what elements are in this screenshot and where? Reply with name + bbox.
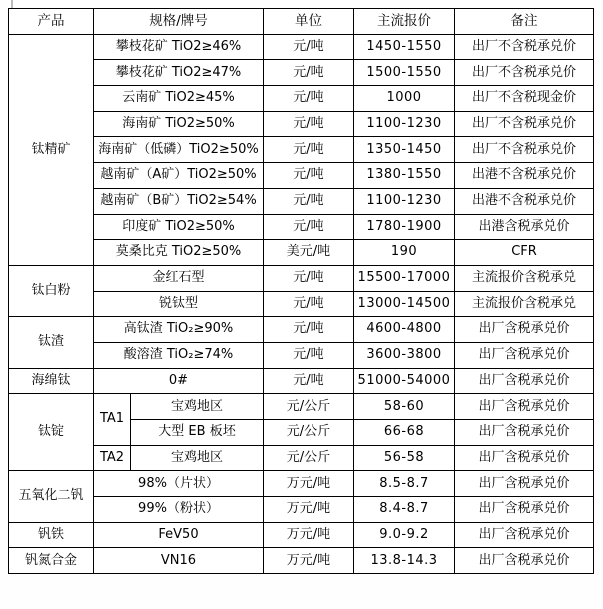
unit-cell: 元/吨 (264, 111, 354, 137)
table-row: 海绵钛 0# 元/吨 51000-54000 出厂含税承兑价 (9, 368, 594, 394)
spec-cell: 0# (94, 368, 264, 394)
header-spec: 规格/牌号 (94, 9, 264, 35)
price-cell: 1450-1550 (354, 34, 455, 60)
price-cell: 15500-17000 (354, 265, 455, 291)
unit-cell: 元/公斤 (264, 445, 354, 471)
remark-cell: 出厂含税承兑价 (455, 548, 594, 574)
price-cell: 13.8-14.3 (354, 548, 455, 574)
spec-cell: VN16 (94, 548, 264, 574)
unit-cell: 元/吨 (264, 342, 354, 368)
unit-cell: 元/吨 (264, 86, 354, 112)
unit-cell: 元/吨 (264, 317, 354, 343)
remark-cell: 出厂含税承兑价 (455, 497, 594, 523)
header-price: 主流报价 (354, 9, 455, 35)
price-cell: 190 (354, 240, 455, 266)
remark-cell: 出厂含税承兑价 (455, 317, 594, 343)
price-cell: 56-58 (354, 445, 455, 471)
spec-cell: 越南矿（B矿）TiO2≥54% (94, 188, 264, 214)
table-row: 锐钛型 元/吨 13000-14500 主流报价含税承兑 (9, 291, 594, 317)
unit-cell: 元/吨 (264, 368, 354, 394)
remark-cell: 出厂含税承兑价 (455, 522, 594, 548)
price-cell: 1100-1230 (354, 111, 455, 137)
spec-cell: 莫桑比克 TiO2≥50% (94, 240, 264, 266)
price-cell: 13000-14500 (354, 291, 455, 317)
price-cell: 1500-1550 (354, 60, 455, 86)
product-cell: 钒铁 (9, 522, 94, 548)
price-cell: 1780-1900 (354, 214, 455, 240)
spec-cell: 锐钛型 (94, 291, 264, 317)
spec-cell: 云南矿 TiO2≥45% (94, 86, 264, 112)
remark-cell: 出厂含税承兑价 (455, 445, 594, 471)
unit-cell: 万元/吨 (264, 548, 354, 574)
price-cell: 8.5-8.7 (354, 471, 455, 497)
price-cell: 8.4-8.7 (354, 497, 455, 523)
unit-cell: 元/吨 (264, 265, 354, 291)
remark-cell: 出厂含税承兑价 (455, 394, 594, 420)
unit-cell: 美元/吨 (264, 240, 354, 266)
ta-grade-cell: TA1 (94, 394, 131, 445)
spec-cell: 98%（片状） (94, 471, 264, 497)
price-cell: 9.0-9.2 (354, 522, 455, 548)
spec-cell: 宝鸡地区 (131, 394, 264, 420)
price-cell: 51000-54000 (354, 368, 455, 394)
unit-cell: 元/吨 (264, 34, 354, 60)
table-row: 钒铁 FeV50 万元/吨 9.0-9.2 出厂含税承兑价 (9, 522, 594, 548)
unit-cell: 元/公斤 (264, 394, 354, 420)
spec-cell: 酸溶渣 TiO₂≥74% (94, 342, 264, 368)
unit-cell: 万元/吨 (264, 522, 354, 548)
spec-cell: 大型 EB 板坯 (131, 420, 264, 446)
remark-cell: CFR (455, 240, 594, 266)
remark-cell: 出港不含税承兑价 (455, 163, 594, 189)
price-cell: 4600-4800 (354, 317, 455, 343)
price-cell: 1380-1550 (354, 163, 455, 189)
table-row: 钛渣 高钛渣 TiO₂≥90% 元/吨 4600-4800 出厂含税承兑价 (9, 317, 594, 343)
scan-artifact (11, 0, 13, 8)
table-row: 99%（粉状） 万元/吨 8.4-8.7 出厂含税承兑价 (9, 497, 594, 523)
price-cell: 1100-1230 (354, 188, 455, 214)
remark-cell: 出厂含税承兑价 (455, 471, 594, 497)
unit-cell: 元/吨 (264, 163, 354, 189)
price-cell: 1000 (354, 86, 455, 112)
spec-cell: 海南矿（低磷）TiO2≥50% (94, 137, 264, 163)
page: 产品 规格/牌号 单位 主流报价 备注 钛精矿 攀枝花矿 TiO2≥46% 元/… (0, 0, 603, 609)
spec-cell: 高钛渣 TiO₂≥90% (94, 317, 264, 343)
remark-cell: 主流报价含税承兑 (455, 291, 594, 317)
product-cell: 海绵钛 (9, 368, 94, 394)
product-cell: 钛锭 (9, 394, 94, 471)
table-row: 酸溶渣 TiO₂≥74% 元/吨 3600-3800 出厂含税承兑价 (9, 342, 594, 368)
table-row: 攀枝花矿 TiO2≥47% 元/吨 1500-1550 出厂不含税承兑价 (9, 60, 594, 86)
table-row: 钛白粉 金红石型 元/吨 15500-17000 主流报价含税承兑 (9, 265, 594, 291)
remark-cell: 出港含税承兑价 (455, 214, 594, 240)
product-cell: 钛精矿 (9, 34, 94, 265)
product-cell: 钒氮合金 (9, 548, 94, 574)
spec-cell: 越南矿（A矿）TiO2≥50% (94, 163, 264, 189)
unit-cell: 元/吨 (264, 188, 354, 214)
remark-cell: 出厂不含税承兑价 (455, 60, 594, 86)
table-row: TA2 宝鸡地区 元/公斤 56-58 出厂含税承兑价 (9, 445, 594, 471)
spec-cell: 金红石型 (94, 265, 264, 291)
remark-cell: 出厂含税承兑价 (455, 368, 594, 394)
remark-cell: 出厂不含税承兑价 (455, 34, 594, 60)
table-row: 云南矿 TiO2≥45% 元/吨 1000 出厂不含税现金价 (9, 86, 594, 112)
header-remark: 备注 (455, 9, 594, 35)
product-cell: 五氧化二钒 (9, 471, 94, 522)
spec-cell: 99%（粉状） (94, 497, 264, 523)
remark-cell: 出厂含税承兑价 (455, 342, 594, 368)
product-cell: 钛白粉 (9, 265, 94, 316)
price-table: 产品 规格/牌号 单位 主流报价 备注 钛精矿 攀枝花矿 TiO2≥46% 元/… (8, 8, 594, 574)
table-row: 海南矿 TiO2≥50% 元/吨 1100-1230 出厂不含税承兑价 (9, 111, 594, 137)
unit-cell: 元/吨 (264, 60, 354, 86)
table-header-row: 产品 规格/牌号 单位 主流报价 备注 (9, 9, 594, 35)
spec-cell: 攀枝花矿 TiO2≥47% (94, 60, 264, 86)
spec-cell: 宝鸡地区 (131, 445, 264, 471)
table-row: 五氧化二钒 98%（片状） 万元/吨 8.5-8.7 出厂含税承兑价 (9, 471, 594, 497)
table-row: 莫桑比克 TiO2≥50% 美元/吨 190 CFR (9, 240, 594, 266)
header-product: 产品 (9, 9, 94, 35)
spec-cell: 印度矿 TiO2≥50% (94, 214, 264, 240)
remark-cell: 出厂不含税承兑价 (455, 137, 594, 163)
table-row: 海南矿（低磷）TiO2≥50% 元/吨 1350-1450 出厂不含税承兑价 (9, 137, 594, 163)
unit-cell: 元/吨 (264, 291, 354, 317)
table-row: 越南矿（A矿）TiO2≥50% 元/吨 1380-1550 出港不含税承兑价 (9, 163, 594, 189)
price-cell: 58-60 (354, 394, 455, 420)
table-row: 钛锭 TA1 宝鸡地区 元/公斤 58-60 出厂含税承兑价 (9, 394, 594, 420)
header-unit: 单位 (264, 9, 354, 35)
unit-cell: 元/吨 (264, 137, 354, 163)
remark-cell: 出厂不含税承兑价 (455, 111, 594, 137)
table-row: 钒氮合金 VN16 万元/吨 13.8-14.3 出厂含税承兑价 (9, 548, 594, 574)
price-cell: 66-68 (354, 420, 455, 446)
unit-cell: 万元/吨 (264, 471, 354, 497)
remark-cell: 出港不含税承兑价 (455, 188, 594, 214)
spec-cell: FeV50 (94, 522, 264, 548)
product-cell: 钛渣 (9, 317, 94, 368)
remark-cell: 主流报价含税承兑 (455, 265, 594, 291)
unit-cell: 万元/吨 (264, 497, 354, 523)
table-row: 印度矿 TiO2≥50% 元/吨 1780-1900 出港含税承兑价 (9, 214, 594, 240)
table-row: 钛精矿 攀枝花矿 TiO2≥46% 元/吨 1450-1550 出厂不含税承兑价 (9, 34, 594, 60)
price-cell: 1350-1450 (354, 137, 455, 163)
unit-cell: 元/吨 (264, 214, 354, 240)
spec-cell: 海南矿 TiO2≥50% (94, 111, 264, 137)
remark-cell: 出厂含税承兑价 (455, 420, 594, 446)
table-row: 越南矿（B矿）TiO2≥54% 元/吨 1100-1230 出港不含税承兑价 (9, 188, 594, 214)
price-cell: 3600-3800 (354, 342, 455, 368)
spec-cell: 攀枝花矿 TiO2≥46% (94, 34, 264, 60)
remark-cell: 出厂不含税现金价 (455, 86, 594, 112)
ta-grade-cell: TA2 (94, 445, 131, 471)
unit-cell: 元/公斤 (264, 420, 354, 446)
